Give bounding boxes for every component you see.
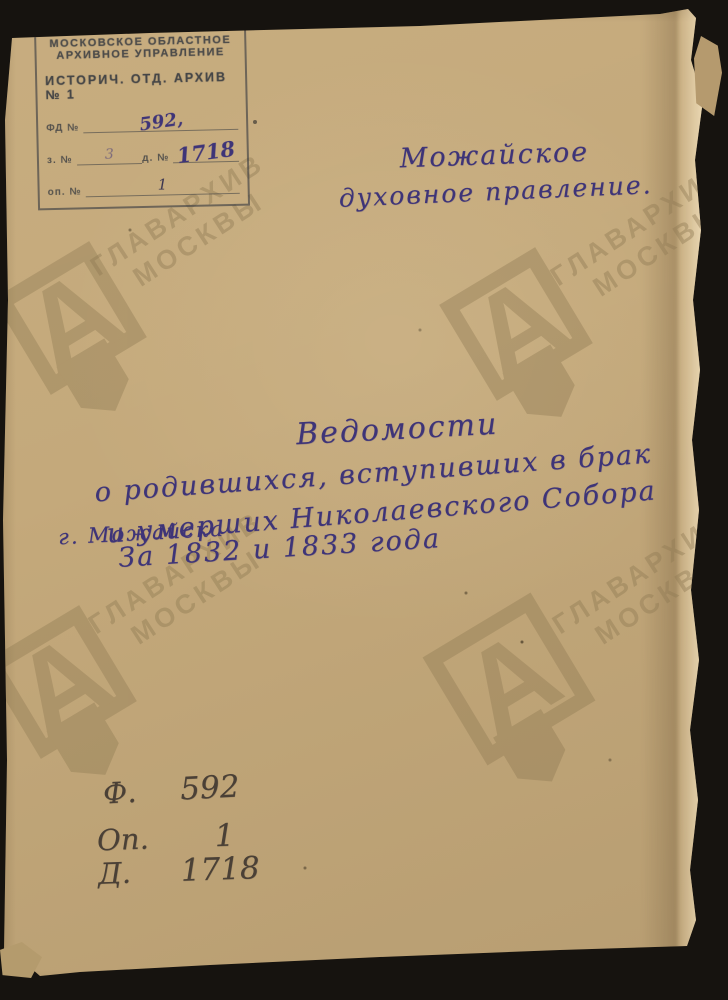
- document-cover: ГЛАВАРХИВ МОСКВЫ А ГЛАВАРХИВ МОСКВЫ А ГЛ…: [0, 0, 728, 1000]
- stamp-d-line: 1718: [173, 140, 239, 163]
- delo-label: Д.: [97, 856, 131, 891]
- stamp-delo-row: з. № 3 д. № 1718: [47, 140, 239, 166]
- handwritten-heading: Можайское духовное правление.: [329, 134, 661, 211]
- stamp-dept-line: ИСТОРИЧ. ОТД. АРХИВ № 1: [45, 70, 238, 102]
- stamp-d-value: 1718: [175, 136, 236, 168]
- archive-stamp: МОСКОВСКОЕ ОБЛАСТНОЕ АРХИВНОЕ УПРАВЛЕНИЕ…: [34, 24, 250, 211]
- stamp-d-label: д. №: [142, 152, 169, 164]
- opis-value: 1: [214, 818, 235, 855]
- stamp-z-line: 3: [76, 142, 142, 165]
- opis-label: Оп.: [96, 822, 149, 858]
- torn-paper-fragment: [694, 36, 722, 116]
- stamp-fond-row: ФД № 592,: [46, 108, 238, 134]
- stamp-op-line: 1: [85, 172, 240, 197]
- delo-reference: Д. 1718: [97, 850, 260, 892]
- stamp-opis-row: оп. № 1: [47, 172, 239, 198]
- fond-value: 592: [179, 768, 240, 807]
- stamp-fond-label: ФД №: [46, 122, 79, 134]
- stamp-op-value: 1: [157, 175, 167, 193]
- fond-label: Ф.: [102, 775, 137, 811]
- stamp-fond-value: 592,: [138, 109, 184, 136]
- torn-edge-highlight: [676, 5, 704, 955]
- stamp-fond-line: 592,: [83, 108, 238, 134]
- delo-value: 1718: [180, 850, 260, 889]
- stamp-z-value: 3: [105, 147, 114, 163]
- ink-dot: [253, 120, 257, 124]
- scan-background: ГЛАВАРХИВ МОСКВЫ А ГЛАВАРХИВ МОСКВЫ А ГЛ…: [0, 0, 728, 1000]
- stamp-z-label: з. №: [47, 155, 73, 167]
- fond-reference: Ф. 592: [102, 768, 240, 811]
- stamp-op-label: оп. №: [48, 186, 82, 198]
